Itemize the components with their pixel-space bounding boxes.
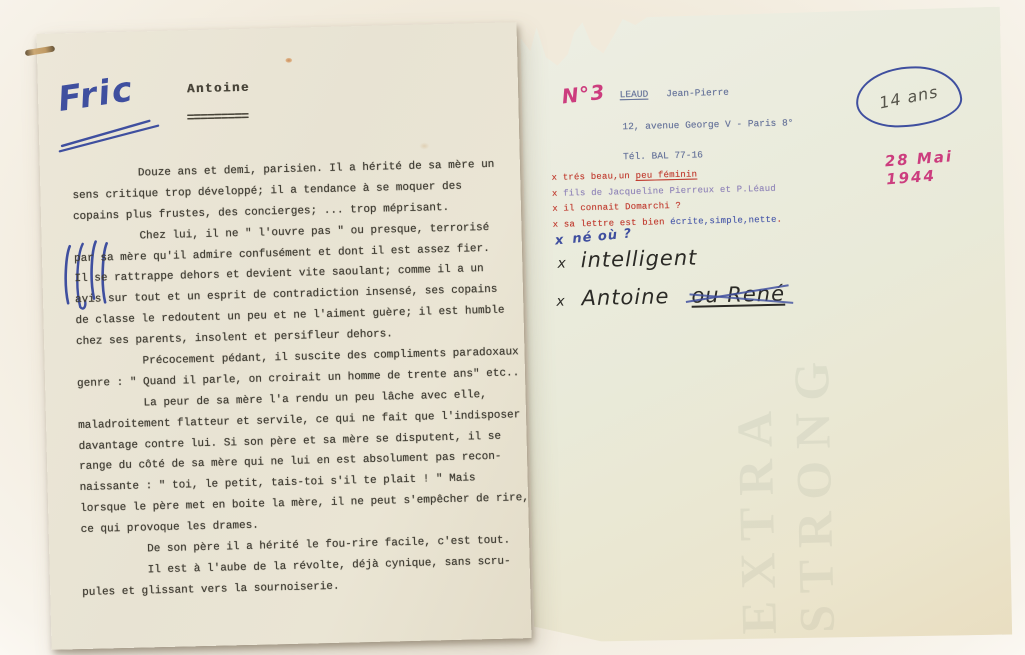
candidate-number-label: N°3: [561, 80, 607, 109]
candidate-lastname: LEAUD: [620, 89, 649, 101]
birthdate-annotation: 28 Mai 1944: [884, 144, 1004, 189]
handwritten-title-fric: Fric: [56, 69, 137, 120]
candidate-firstname: Jean-Pierre: [666, 87, 729, 99]
note-segment: .: [777, 214, 783, 224]
left-document-page: Fric Antoine ========= Douze ans et demi…: [37, 22, 532, 650]
note-text: Antoine: [581, 284, 669, 310]
note-segment: fils de Jacqueline Pierreux et P.Léaud: [563, 183, 776, 198]
rust-stain: [285, 58, 292, 63]
circled-age-annotation: 14 ans: [854, 63, 964, 131]
x-marker: x: [554, 233, 565, 249]
candidate-name-line: LEAUDJean-Pierre: [620, 87, 729, 100]
note-segment: x: [552, 188, 563, 198]
desk-background: Fric Antoine ========= Douze ans et demi…: [0, 0, 1025, 655]
note-segment: x il connait Domarchi ?: [552, 201, 681, 214]
staple-mark: [25, 45, 56, 56]
right-document-page: EXTRA STRONG N°3 LEAUDJean-Pierre 12, av…: [520, 7, 1014, 646]
fric-underline-strokes: [54, 115, 176, 154]
typed-body: Douze ans et demi, parisien. Il a hérité…: [72, 154, 531, 604]
note-segment: x trés beau,un: [551, 171, 635, 183]
faint-stain: [419, 142, 429, 149]
note-text: intelligent: [580, 246, 697, 273]
note-segment: peu féminin: [635, 170, 697, 181]
x-marker: x: [557, 256, 567, 272]
note-segment: écrite,simple,nette: [670, 214, 777, 226]
page-title: Antoine: [187, 81, 250, 97]
handwritten-note-intelligent: xintelligent: [557, 246, 697, 273]
title-underline-rule: =========: [186, 109, 248, 125]
candidate-phone: Tél. BAL 77-16: [623, 149, 703, 162]
x-marker: x: [556, 294, 566, 310]
typed-notes: x trés beau,un peu fémininx fils de Jacq…: [551, 166, 782, 233]
age-label: 14 ans: [878, 82, 940, 112]
crossed-out-note: ou René: [691, 282, 785, 308]
